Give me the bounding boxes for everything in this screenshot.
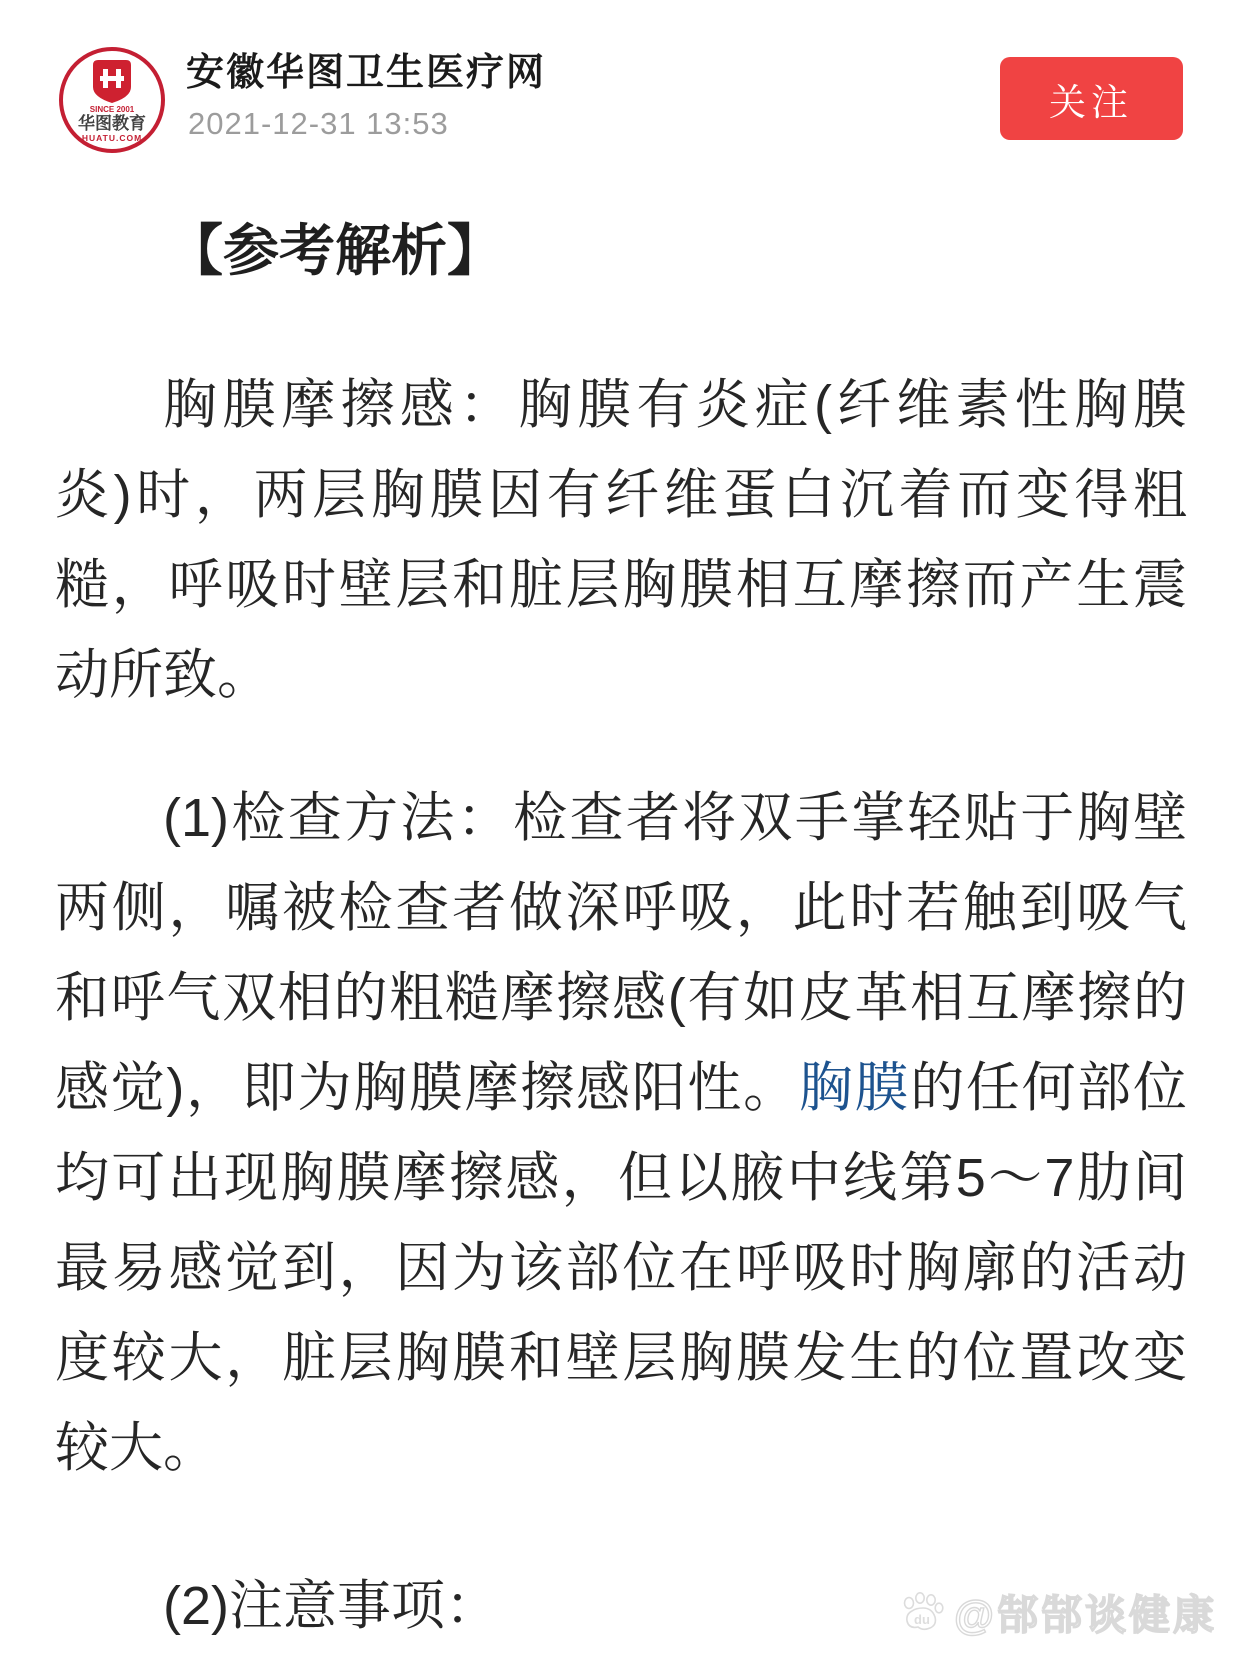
- text-line: 较大。: [55, 1403, 1187, 1493]
- logo-since-text: SINCE 2001: [90, 105, 135, 114]
- huatu-logo-icon: SINCE 2001 华图教育 HUATU.COM: [58, 46, 166, 154]
- article-page: SINCE 2001 华图教育 HUATU.COM 安徽华图卫生医疗网 2021…: [0, 0, 1242, 1656]
- text-line: 动所致。: [55, 630, 1187, 720]
- text-line: 最易感觉到，因为该部位在呼吸时胸廓的活动: [55, 1223, 1187, 1313]
- logo-shield: [93, 60, 131, 103]
- baidu-paw-icon: du: [900, 1591, 946, 1633]
- follow-button[interactable]: 关注: [1000, 57, 1183, 140]
- text-line: 胸膜摩擦感：胸膜有炎症(纤维素性胸膜: [55, 360, 1187, 450]
- pleura-term-link[interactable]: 胸膜: [799, 1058, 910, 1118]
- text-line-with-link: 感觉)，即为胸膜摩擦感阳性。胸膜的任何部位: [55, 1043, 1187, 1133]
- text-line: 度较大，脏层胸膜和壁层胸膜发生的位置改变: [55, 1313, 1187, 1403]
- logo-domain-text: HUATU.COM: [82, 133, 142, 143]
- text-line: 糙，呼吸时壁层和脏层胸膜相互摩擦而产生震: [55, 540, 1187, 630]
- watermark-handle: @郜郜谈健康: [954, 1582, 1217, 1641]
- paragraph-2: (1)检查方法：检查者将双手掌轻贴于胸壁 两侧，嘱被检查者做深呼吸，此时若触到吸…: [55, 773, 1187, 1493]
- section-heading: 【参考解析】: [55, 206, 1187, 296]
- publish-timestamp: 2021-12-31 13:53: [188, 104, 449, 144]
- text-line: 炎)时，两层胸膜因有纤维蛋白沉着而变得粗: [55, 450, 1187, 540]
- publisher-avatar[interactable]: SINCE 2001 华图教育 HUATU.COM: [58, 46, 166, 154]
- paragraph-1: 胸膜摩擦感：胸膜有炎症(纤维素性胸膜 炎)时，两层胸膜因有纤维蛋白沉着而变得粗 …: [55, 360, 1187, 720]
- text-line: 和呼气双相的粗糙摩擦感(有如皮革相互摩擦的: [55, 953, 1187, 1043]
- text-line: 两侧，嘱被检查者做深呼吸，此时若触到吸气: [55, 863, 1187, 953]
- text-line: 均可出现胸膜摩擦感，但以腋中线第5～7肋间: [55, 1133, 1187, 1223]
- author-watermark: du @郜郜谈健康: [900, 1582, 1217, 1641]
- link-line-pre: 感觉)，即为胸膜摩擦感阳性。: [55, 1058, 799, 1118]
- link-line-post: 的任何部位: [910, 1058, 1187, 1118]
- paw-du-text: du: [914, 1612, 930, 1627]
- text-line: (1)检查方法：检查者将双手掌轻贴于胸壁: [55, 773, 1187, 863]
- publisher-name[interactable]: 安徽华图卫生医疗网: [186, 48, 546, 98]
- logo-brand-text: 华图教育: [78, 113, 146, 133]
